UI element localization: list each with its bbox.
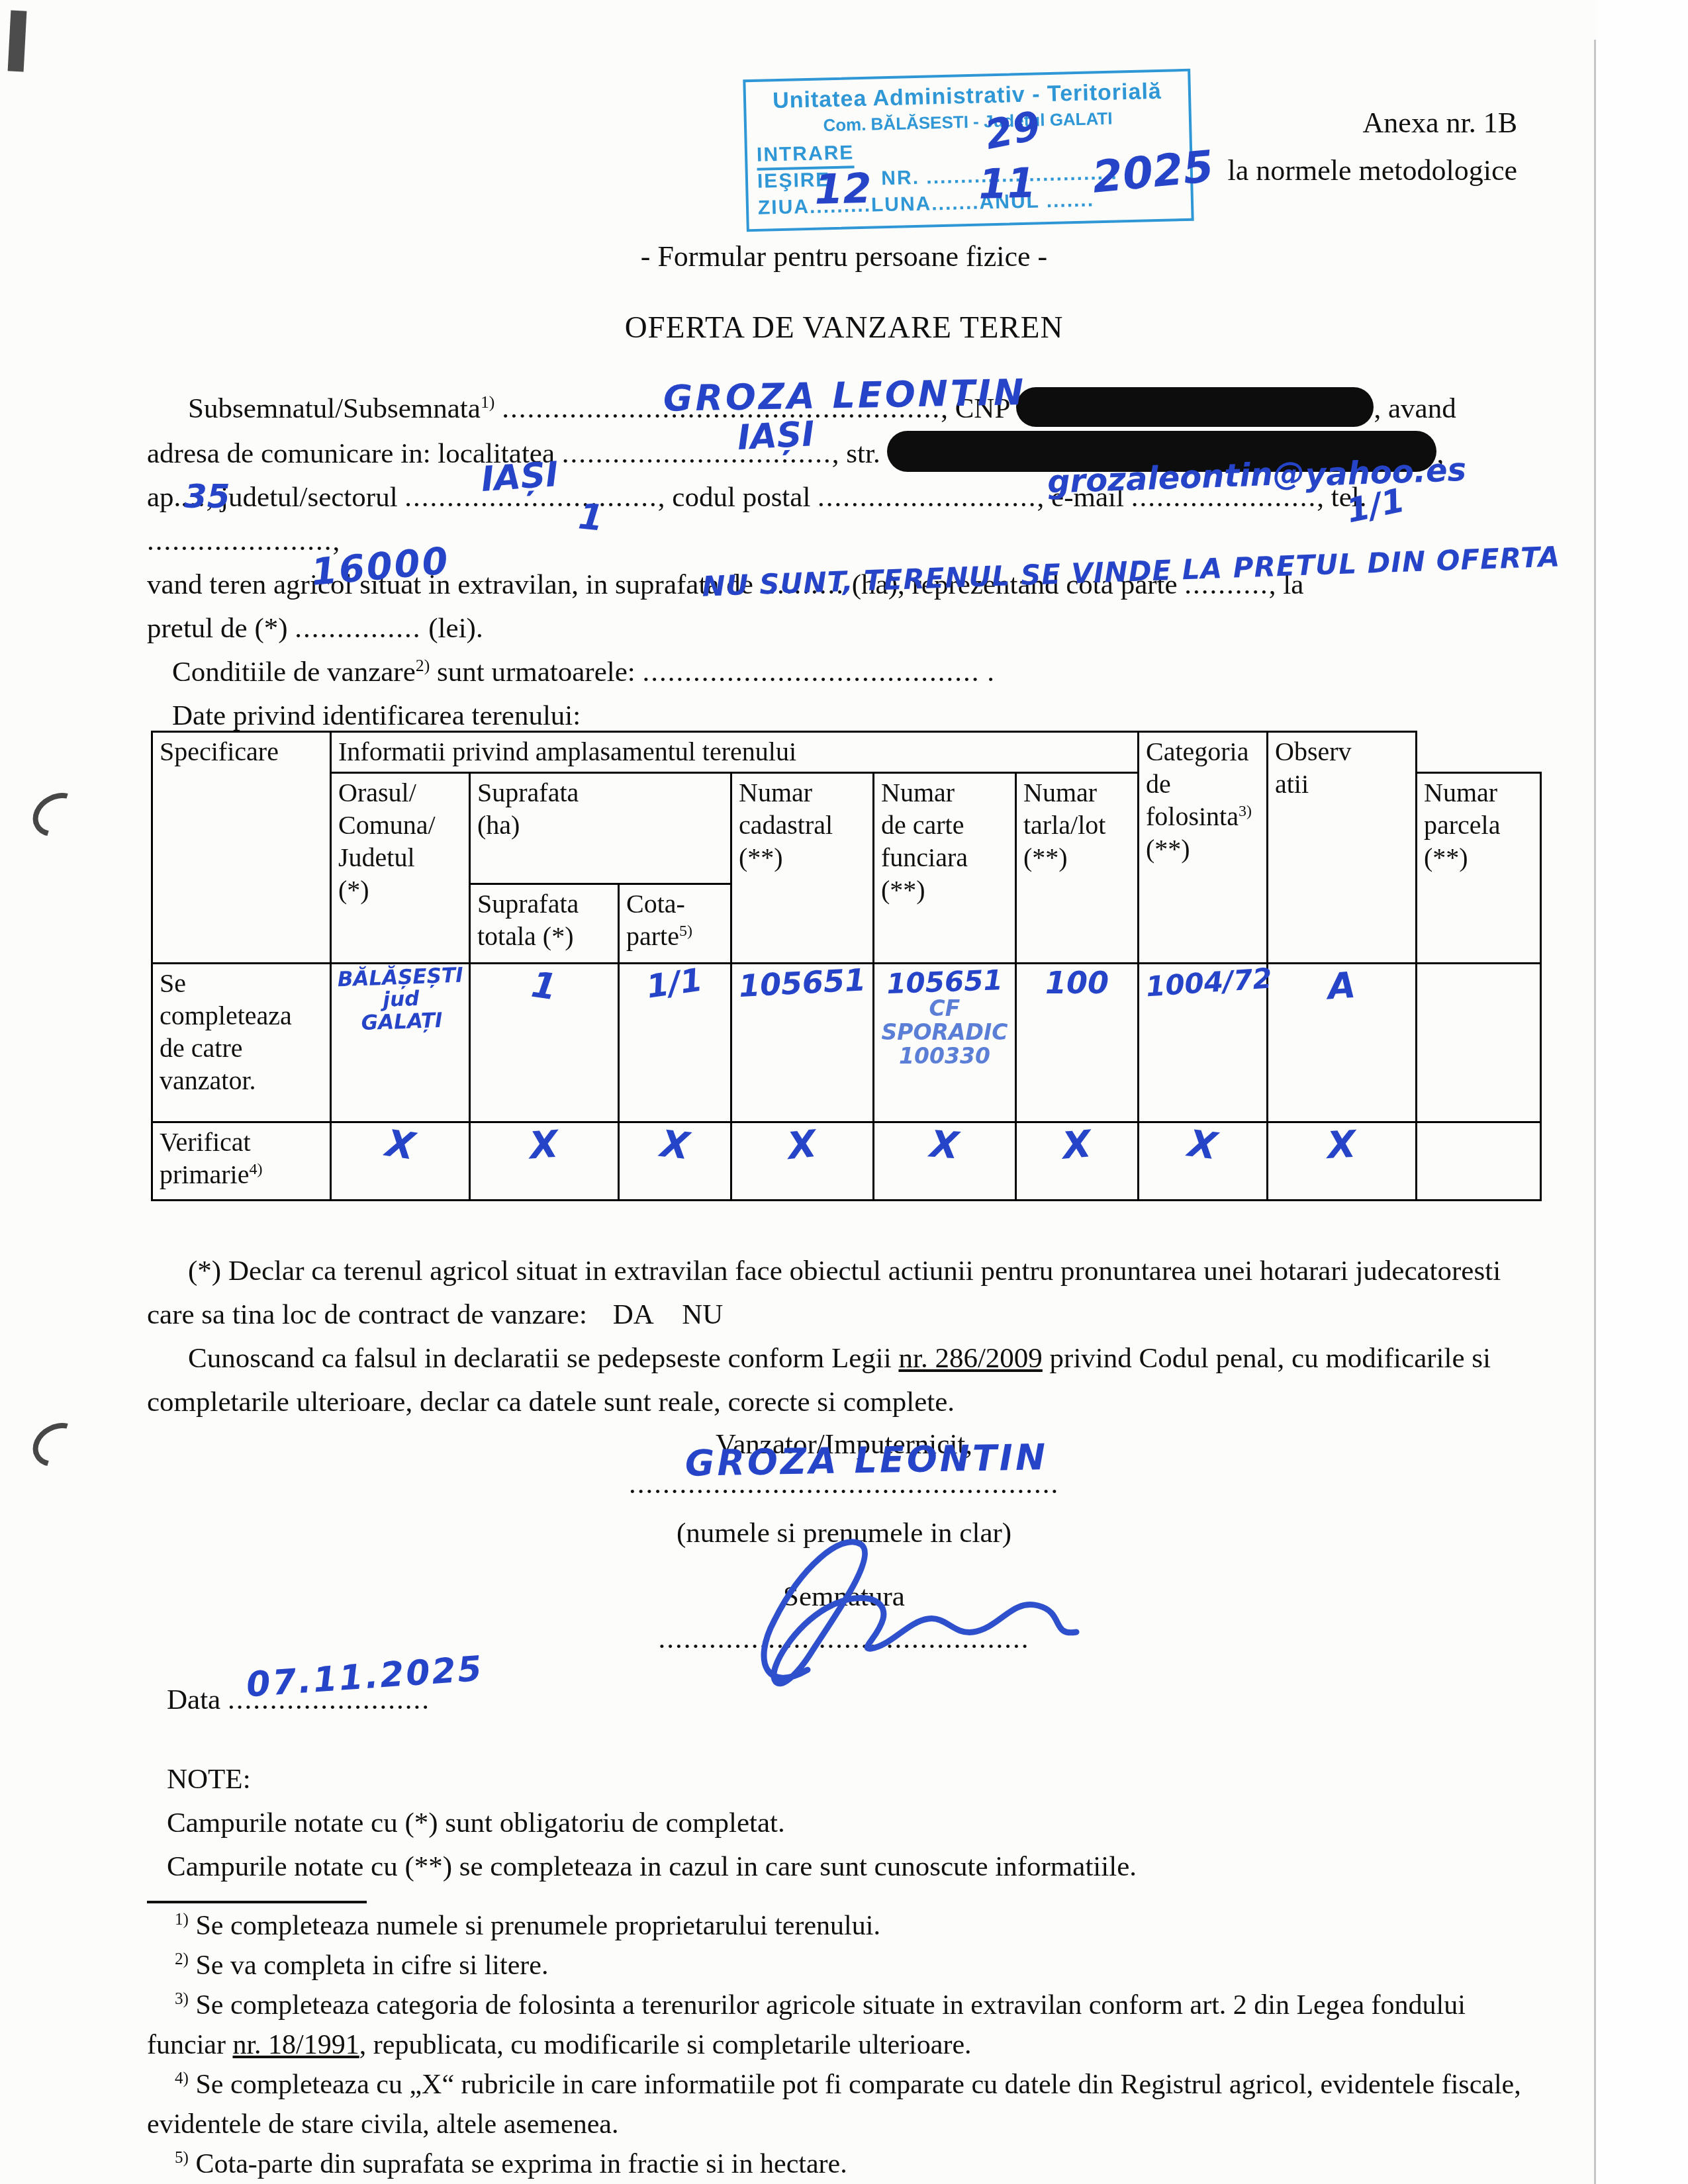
- cell-suprafata-value: 1: [470, 964, 619, 1122]
- header-span-title: Informatii privind amplasamentul terenul…: [331, 732, 1139, 773]
- punch-hole-mark-top: [25, 784, 90, 844]
- cell-parcela-value: 1004/72: [1139, 964, 1268, 1122]
- handwritten-cadastral: 105651: [738, 964, 867, 1003]
- check-cell-suprafata: X: [470, 1122, 619, 1201]
- street-label: , str.: [832, 438, 888, 469]
- handwritten-county: IAȘI: [480, 456, 559, 498]
- period-text: .: [980, 657, 994, 688]
- footnote-rule: [147, 1901, 367, 1903]
- header-orasul: Orasul/ Comuna/ Judetul (*): [331, 773, 470, 964]
- intro-line-5: pretul de (*) ............... (lei).: [147, 607, 1541, 651]
- handwritten-check-5: X: [929, 1125, 960, 1167]
- handwritten-apartment: 35: [184, 478, 230, 514]
- footnote-ref-3-table: 3): [1239, 803, 1252, 820]
- handwritten-name: GROZA LEONTIN: [663, 373, 1027, 418]
- declaration-text-1: (*) Declar ca terenul agricol situat in …: [147, 1255, 1501, 1330]
- cell-categoria-value: A: [1268, 964, 1417, 1122]
- registry-stamp: Unitatea Administrativ - Teritorială Com…: [743, 69, 1194, 232]
- header-cota-parte: Cota- parte5): [619, 884, 731, 964]
- redaction-bar-cnp: [1016, 387, 1374, 427]
- header-categoria: Categoria de folosinta3)(**): [1139, 732, 1268, 964]
- signature: [675, 1527, 1112, 1693]
- check-cell-categoria: X: [1268, 1122, 1417, 1201]
- avand-text: , avand: [1374, 393, 1456, 424]
- declaration-text-2: Cunoscand ca falsul in declaratii se ped…: [188, 1343, 898, 1374]
- row-vanzator-label: Se completeaza de catre vanzator.: [152, 964, 331, 1122]
- handwritten-cota: 1/1: [645, 963, 705, 1005]
- check-cell-cota: X: [619, 1122, 731, 1201]
- county-label: , judetul/sectorul: [207, 482, 405, 513]
- note-line-2: Campurile notate cu (**) se completeaza …: [167, 1845, 1530, 1889]
- price-dotted-field: ...............: [295, 613, 421, 644]
- footnote-1: 1) Se completeaza numele si prenumele pr…: [147, 1906, 1549, 1946]
- law-reference-286-2009: nr. 286/2009: [898, 1343, 1042, 1374]
- handwritten-categoria: A: [1327, 966, 1357, 1007]
- cell-cadastral-value: 105651: [731, 964, 874, 1122]
- header-observatii: Observ atii: [1268, 732, 1417, 964]
- date-line: Data ........................ 07.11.2025: [167, 1678, 430, 1722]
- form-type-subtitle: - Formular pentru persoane fizice -: [0, 240, 1688, 273]
- cell-tarla-value: 100: [1016, 964, 1139, 1122]
- land-id-heading: Date privind identificarea terenului:: [172, 700, 581, 731]
- price-label: pretul de (*): [147, 613, 295, 644]
- handwritten-check-1: X: [383, 1124, 417, 1167]
- header-cota-text: Cota- parte: [626, 889, 685, 951]
- footnote-5-text: Cota-parte din suprafata se exprima in f…: [195, 2149, 847, 2179]
- lei-text: (lei).: [422, 613, 483, 644]
- handwritten-check-2: X: [528, 1125, 559, 1167]
- scanned-form-page: Unitatea Administrativ - Teritorială Com…: [0, 0, 1688, 2184]
- note-line-1: Campurile notate cu (*) sunt obligatoriu…: [167, 1801, 1530, 1845]
- footnote-4-marker: 4): [175, 2070, 189, 2087]
- footnote-ref-2: 2): [416, 656, 430, 675]
- law-reference-18-1991: nr. 18/1991: [232, 2030, 359, 2060]
- header-suprafata-totala: Suprafata totala (*): [470, 884, 619, 964]
- intro-line-6: Conditiile de vanzare2) sunt urmatoarele…: [147, 651, 1541, 694]
- cell-cota-value: 1/1: [619, 964, 731, 1122]
- conditions-dotted-field: ........................................: [642, 657, 980, 688]
- land-surface-label: vand teren agricol situat in extravilan,…: [147, 569, 761, 600]
- header-categoria-text: Categoria de folosinta: [1146, 737, 1249, 831]
- handwritten-carte-number: 105651: [880, 965, 1008, 999]
- check-cell-orasul: X: [331, 1122, 470, 1201]
- conditions-label: Conditiile de vanzare: [172, 657, 416, 688]
- handwritten-total-surface: 1: [529, 966, 559, 1007]
- footnote-5: 5) Cota-parte din suprafata se exprima i…: [147, 2144, 1549, 2184]
- annex-norms: la normele metodologice: [1228, 147, 1517, 195]
- annex-number: Anexa nr. 1B: [1228, 99, 1517, 147]
- handwritten-stamp-month: 11: [978, 159, 1036, 208]
- header-numar-cadastral: Numar cadastral (**): [731, 773, 874, 964]
- row-verificat-label: Verificat primarie4): [152, 1122, 331, 1201]
- annex-header: Anexa nr. 1B la normele metodologice: [1228, 99, 1517, 195]
- handwritten-check-8: X: [1327, 1125, 1357, 1167]
- footnotes-block: 1) Se completeaza numele si prenumele pr…: [147, 1906, 1549, 2184]
- apartment-label: ap.: [147, 482, 181, 513]
- header-tarla: Numar tarla/lot (**): [1016, 773, 1139, 964]
- option-da: DA: [613, 1299, 653, 1330]
- notes-block: NOTE: Campurile notate cu (*) sunt oblig…: [167, 1758, 1530, 1889]
- land-table: Specificare Informatii privind amplasame…: [151, 731, 1542, 1201]
- cell-orasul-value: BĂLĂȘEȘTI jud GALAȚI: [331, 964, 470, 1122]
- handwritten-stamp-day: 12: [814, 164, 872, 214]
- cell-observatii-value: [1417, 964, 1541, 1122]
- header-carte-funciara: Numar de carte funciara (**): [874, 773, 1016, 964]
- check-cell-carte: X: [874, 1122, 1016, 1201]
- footnote-ref-5-table: 5): [679, 923, 692, 940]
- check-cell-tarla: X: [1016, 1122, 1139, 1201]
- handwritten-locality: IAȘI: [737, 416, 816, 457]
- footnote-3: 3) Se completeaza categoria de folosinta…: [147, 1985, 1549, 2065]
- subsemnatul-label: Subsemnatul/Subsemnata: [188, 393, 481, 424]
- handwritten-stamp-year: 2025: [1090, 141, 1216, 203]
- intro-paragraph: Subsemnatul/Subsemnata1) ...............…: [147, 387, 1541, 738]
- handwritten-check-3: X: [659, 1124, 691, 1167]
- handwritten-carte-note: CF SPORADIC 100330: [881, 997, 1008, 1068]
- footnote-4-text: Se completeaza cu „X“ rubricile in care …: [147, 2070, 1521, 2140]
- header-suprafata-ha: Suprafata (ha): [470, 773, 731, 884]
- declaration-block: (*) Declar ca terenul agricol situat in …: [147, 1250, 1541, 1424]
- handwritten-check-4: X: [786, 1124, 818, 1167]
- cell-carte-value: 105651CF SPORADIC 100330: [874, 964, 1016, 1122]
- option-nu: NU: [682, 1299, 723, 1330]
- scan-corner-artifact: [8, 10, 27, 71]
- header-categoria-stars: (**): [1146, 833, 1260, 865]
- declaration-paragraph-1: (*) Declar ca terenul agricol situat in …: [147, 1250, 1541, 1337]
- footnote-3-text-end: , republicata, cu modificarile si comple…: [359, 2030, 972, 2060]
- declaration-paragraph-2: Cunoscand ca falsul in declaratii se ped…: [147, 1337, 1541, 1424]
- phone-dotted-field: ......................: [147, 525, 333, 557]
- footnote-2: 2) Se va completa in cifre si litere.: [147, 1946, 1549, 1985]
- postal-code-dotted-field: ..........................: [818, 482, 1037, 513]
- footnote-1-marker: 1): [175, 1911, 189, 1929]
- footnote-1-text: Se completeaza numele si prenumele propr…: [195, 1911, 880, 1941]
- handwritten-commune: BĂLĂȘEȘTI jud GALAȚI: [337, 965, 465, 1036]
- date-label: Data: [167, 1684, 220, 1715]
- land-table-wrapper: Specificare Informatii privind amplasame…: [151, 731, 1542, 1201]
- header-specificare: Specificare: [152, 732, 331, 964]
- handwritten-signer-name: GROZA LEONTIN: [685, 1438, 1049, 1483]
- notes-title: NOTE:: [167, 1758, 1530, 1801]
- footnote-4: 4) Se completeaza cu „X“ rubricile in ca…: [147, 2065, 1549, 2144]
- check-cell-observatii: [1417, 1122, 1541, 1201]
- handwritten-date: 07.11.2025: [245, 1651, 485, 1704]
- footnote-3-marker: 3): [175, 1990, 189, 2008]
- handwritten-check-7: X: [1186, 1124, 1219, 1167]
- header-parcela: Numar parcela (**): [1417, 773, 1541, 964]
- check-cell-cadastral: X: [731, 1122, 874, 1201]
- postal-code-label: , codul postal: [658, 482, 818, 513]
- scan-edge-line: [1594, 40, 1596, 2184]
- handwritten-parcela: 1004/72: [1145, 963, 1273, 1002]
- footnote-ref-4-table: 4): [250, 1161, 263, 1178]
- footnote-2-text: Se va completa in cifre si litere.: [195, 1950, 548, 1981]
- footnote-5-marker: 5): [175, 2149, 189, 2167]
- check-cell-parcela: X: [1139, 1122, 1268, 1201]
- handwritten-check-6: X: [1061, 1124, 1093, 1167]
- verificat-text: Verificat primarie: [160, 1127, 251, 1189]
- handwritten-tarla: 100: [1045, 967, 1109, 1000]
- footnote-2-marker: 2): [175, 1950, 189, 1968]
- conditions-label-2: sunt urmatoarele:: [430, 657, 642, 688]
- page-title: OFERTA DE VANZARE TEREN: [0, 310, 1688, 345]
- handwritten-surface: 1: [577, 497, 605, 538]
- footnote-ref-1: 1): [481, 392, 495, 412]
